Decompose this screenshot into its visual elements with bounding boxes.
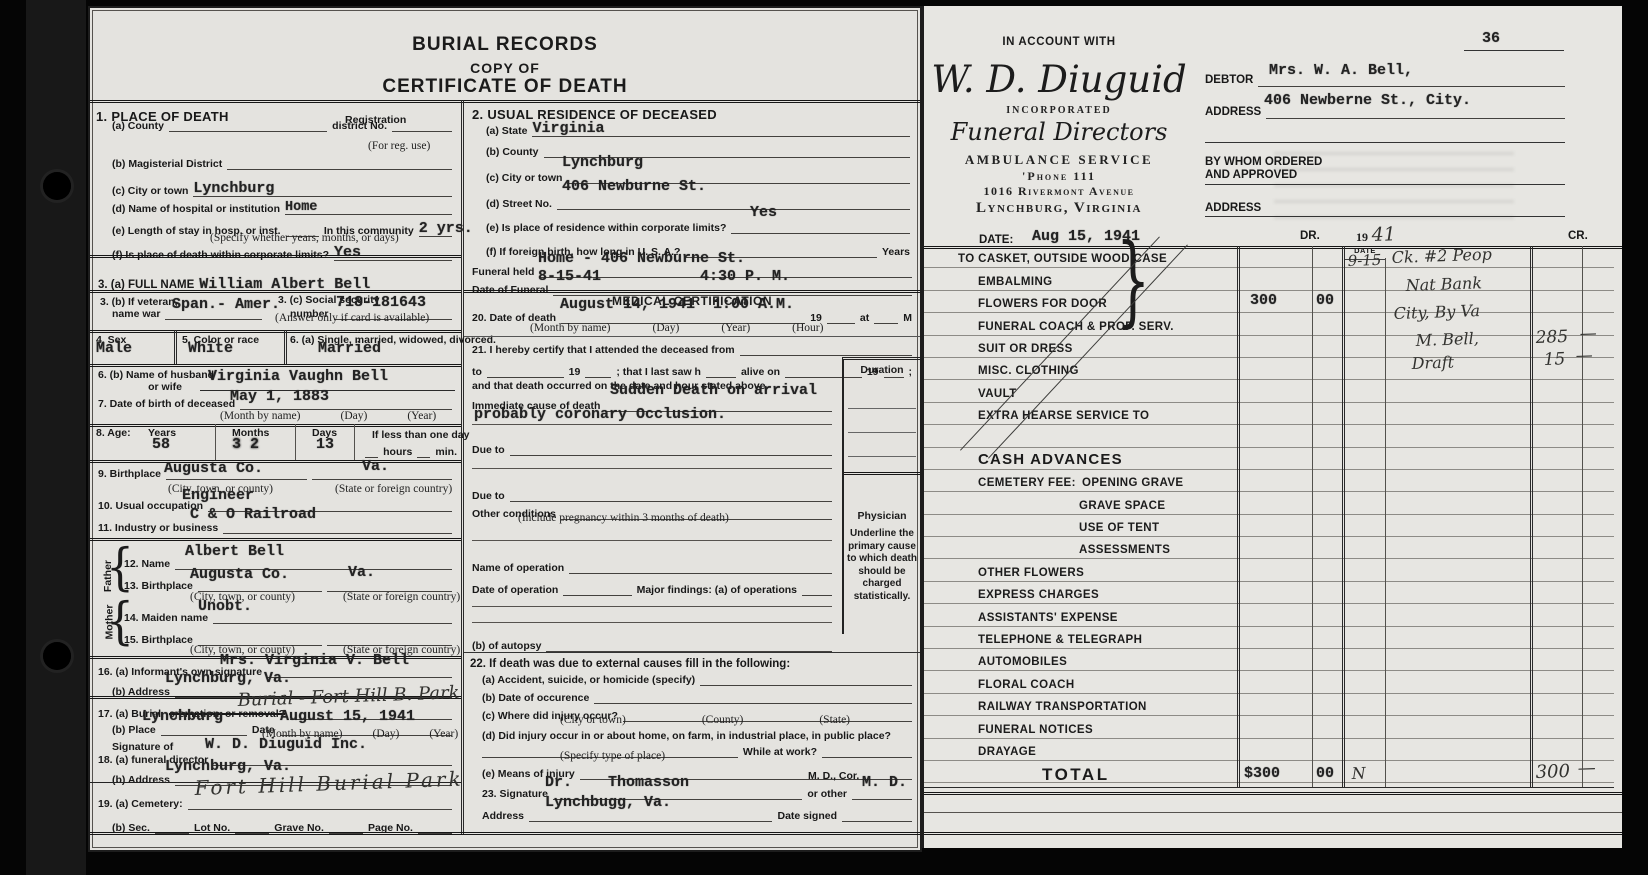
dr-label: DR. — [1300, 230, 1320, 243]
in-account-with: IN ACCOUNT WITH — [924, 36, 1194, 48]
ledger-row: TELEPHONE & TELEGRAPH — [924, 627, 1614, 649]
field-mother-name: 14. Maiden name — [124, 612, 452, 624]
res-corporate-value: Yes — [750, 204, 777, 221]
res-city-value: Lynchburg — [562, 154, 643, 171]
ledger-item-label: FUNERAL NOTICES — [978, 724, 1093, 736]
physician-note: Underline the primary cause to which dea… — [846, 528, 918, 603]
account-page: IN ACCOUNT WITH W. D. Diuguid INCORPORAT… — [922, 6, 1622, 848]
cell-divider — [284, 330, 287, 364]
stay-note: (Specify whether years, months, or days) — [210, 232, 399, 244]
ledger-item-sublabel: OPENING GRAVE — [1082, 477, 1183, 489]
field-hospital: (d) Name of hospital or institution Home — [112, 200, 452, 215]
informant-address-value: Lynchburg, Va. — [165, 670, 291, 687]
total-row: TOTAL $300 00 N 300 — — [924, 760, 1614, 788]
death-date-value: August 14, 1941 1:00 A.M. — [560, 296, 794, 313]
age-days: 13 — [316, 436, 334, 453]
field-debtor: DEBTOR — [1205, 74, 1565, 87]
cr-entry-value: 15 — [1543, 349, 1565, 370]
cell-divider — [295, 424, 296, 460]
field-magisterial: (b) Magisterial District — [112, 158, 452, 170]
binder-edge — [26, 0, 86, 875]
cell-divider — [354, 424, 355, 460]
total-cr-dash: — — [1577, 757, 1596, 779]
death-date-notes: (Month by name) (Day) (Year) (Hour) — [530, 322, 823, 334]
place-type-note: (Specify type of place) — [560, 750, 665, 762]
field-res-corporate: (e) Is place of residence within corpora… — [486, 222, 910, 234]
divider — [924, 792, 1622, 795]
industry-value: C & O Railroad — [190, 506, 316, 523]
ledger-row: ASSESSMENTS — [924, 537, 1614, 559]
punch-hole-icon — [43, 642, 71, 670]
ledger-item-label: USE OF TENT — [1079, 522, 1159, 534]
total-posted-check: N — [1351, 763, 1366, 782]
cause-value2: probably coronary Occlusion. — [474, 406, 726, 423]
funeral-directors-script: Funeral Directors — [924, 118, 1194, 146]
posting-line: Ck. #2 Peop — [1391, 245, 1492, 267]
spouse-value: Virginia Vaughn Bell — [208, 368, 388, 385]
ledger-row: EXPRESS CHARGES — [924, 582, 1614, 604]
ledger-row: CASH ADVANCES — [924, 448, 1614, 470]
field-due1: Due to — [472, 444, 832, 456]
director-label1: Signature of — [112, 741, 173, 753]
page-subtitle: COPY OF — [90, 60, 920, 76]
sex-value: Male — [96, 340, 132, 357]
underline — [472, 540, 832, 541]
scanned-burial-record: BURIAL RECORDS COPY OF CERTIFICATE OF DE… — [0, 0, 1648, 875]
field-autopsy: (b) of autopsy — [472, 640, 832, 652]
duration-physician-box: Duration Physician Underline the primary… — [842, 357, 920, 634]
certify-line1: 21. I hereby certify that I attended the… — [472, 344, 912, 356]
divider — [90, 424, 461, 427]
divider — [90, 100, 920, 103]
underline — [1464, 50, 1564, 51]
field-accident: (a) Accident, suicide, or homicide (spec… — [482, 674, 912, 686]
field-op-date: Date of operation Major findings: (a) of… — [472, 584, 832, 596]
ordered-label2: AND APPROVED — [1205, 169, 1297, 182]
ledger-item-label: DRAYAGE — [978, 746, 1036, 758]
age-months: 3 2 — [232, 436, 259, 453]
ledger-item-label: OTHER FLOWERS — [978, 567, 1084, 579]
table-bottom-rule — [924, 832, 1622, 835]
page-title: BURIAL RECORDS — [90, 34, 920, 56]
funeral-held-value: Home - 406 Newburne St. — [538, 250, 745, 267]
ssn-note: (Answer only if card is available) — [275, 312, 429, 324]
divider — [90, 255, 461, 258]
posting-date: 9-15 — [1347, 251, 1381, 270]
column-line — [1237, 246, 1240, 787]
ledger-item-label: GRAVE SPACE — [1079, 500, 1165, 512]
underline — [472, 424, 832, 425]
age-label: 8. Age: — [96, 427, 131, 439]
year-printed: 19 — [1356, 230, 1368, 245]
other-note: (Include pregnancy within 3 months of de… — [518, 512, 729, 524]
ledger-row: TO CASKET, OUTSIDE WOOD CASE — [924, 246, 1614, 268]
ledger-item-label: CASH ADVANCES — [978, 451, 1123, 468]
field-street: (d) Street No. — [486, 198, 910, 210]
total-dr-cents: 00 — [1316, 765, 1334, 782]
ledger-row: DRAYAGE — [924, 739, 1614, 761]
ledger-item-label: ASSESSMENTS — [1079, 544, 1170, 556]
ambulance-service: AMBULANCE SERVICE — [924, 152, 1194, 168]
total-cr-value: 300 — [1535, 760, 1570, 782]
cr-entry-dash: — — [1579, 323, 1597, 344]
field-signature-address: Address Date signed — [482, 810, 912, 822]
page-subtitle2: CERTIFICATE OF DEATH — [90, 76, 920, 98]
field-cemetery: 19. (a) Cemetery: — [98, 798, 452, 810]
ledger-item-label: FLORAL COACH — [978, 679, 1075, 691]
physician-label: Physician — [846, 510, 918, 522]
ssn-value: 718-181643 — [336, 294, 426, 311]
total-label: TOTAL — [1042, 765, 1110, 785]
field-injury-home: (d) Did injury occur in or about home, o… — [482, 730, 891, 742]
underline — [1205, 142, 1565, 143]
posting-line: City, By Va — [1393, 301, 1480, 323]
certificate-page: BURIAL RECORDS COPY OF CERTIFICATE OF DE… — [88, 6, 922, 852]
firm-name-script: W. D. Diuguid — [924, 58, 1194, 101]
cr-label: CR. — [1568, 230, 1588, 243]
underline — [472, 468, 832, 469]
signature-address-value: Lynchbugg, Va. — [545, 794, 671, 811]
ledger-item-label: AUTOMOBILES — [978, 656, 1067, 668]
street-line: 1016 Rivermont Avenue — [924, 184, 1194, 199]
ledger-item-label: EMBALMING — [978, 276, 1053, 288]
ordered-address-label: ADDRESS — [1205, 202, 1261, 215]
spouse-label: 6. (b) Name of husband or wife — [98, 369, 214, 393]
ledger-row: USE OF TENT — [924, 515, 1614, 537]
birthdate-notes: (Month by name) (Day) (Year) — [220, 410, 436, 422]
field-op-name: Name of operation — [472, 562, 832, 574]
cr-entry-value: 285 — [1535, 327, 1568, 348]
column-divider — [461, 100, 464, 834]
ledger-item-label: EXPRESS CHARGES — [978, 589, 1099, 601]
field-corporate-limits: (f) Is place of death within corporate l… — [112, 244, 452, 261]
column-line — [1530, 246, 1533, 787]
dr-amount: 300 — [1250, 292, 1277, 309]
field-due2: Due to — [472, 490, 832, 502]
posting-line: M. Bell, — [1415, 329, 1479, 350]
section22-title: 22. If death was due to external causes … — [470, 658, 790, 671]
field-city: (c) City or town Lynchburg — [112, 180, 452, 197]
age-years: 58 — [152, 436, 170, 453]
ledger-row: CEMETERY FEE:OPENING GRAVE — [924, 470, 1614, 492]
ledger-item-label: ASSISTANTS' EXPENSE — [978, 612, 1118, 624]
veteran-value: Span.- Amer. — [172, 296, 280, 313]
column-line — [1312, 246, 1313, 787]
director-value: W. D. Diuguid Inc. — [205, 736, 367, 753]
funeral-date-value: 8-15-41 — [538, 268, 601, 285]
ledger-row: FLORAL COACH — [924, 671, 1614, 693]
reg-note: (For reg. use) — [368, 140, 430, 152]
cr-entry-dash: — — [1575, 345, 1593, 366]
ledger-row — [924, 425, 1614, 447]
cell-divider — [215, 424, 216, 460]
city-line: Lynchburg, Virginia — [924, 200, 1194, 217]
ledger-row: OTHER FLOWERS — [924, 559, 1614, 581]
ledger-items: TO CASKET, OUTSIDE WOOD CASEEMBALMINGFLO… — [924, 246, 1614, 783]
divider — [924, 812, 1622, 813]
divider — [90, 290, 461, 293]
field-industry: 11. Industry or business — [98, 522, 452, 534]
race-value: White — [188, 340, 233, 357]
ledger-item-label: RAILWAY TRANSPORTATION — [978, 701, 1147, 713]
divider — [90, 538, 461, 541]
cause-value: Sudden Death on arrival — [610, 382, 817, 399]
birthdate-value: May 1, 1883 — [230, 388, 329, 405]
ledger-item-label: TELEPHONE & TELEGRAPH — [978, 634, 1142, 646]
ledger-row: VAULT — [924, 380, 1614, 402]
field-occurrence-date: (b) Date of occurence — [482, 692, 912, 704]
injury-where-notes: (City or town) (County) (State) — [560, 714, 850, 726]
year-handwritten: 41 — [1371, 223, 1396, 246]
ledger-row: GRAVE SPACE — [924, 492, 1614, 514]
ordered-label1: BY WHOM ORDERED — [1205, 156, 1322, 169]
dr-cents: 00 — [1316, 292, 1334, 309]
ledger-row: ASSISTANTS' EXPENSE — [924, 604, 1614, 626]
page-number: 36 — [1482, 30, 1500, 47]
field-cemetery-detail: (b) Sec. Lot No. Grave No. Page No. — [112, 822, 452, 834]
underline — [1205, 184, 1565, 185]
ledger-row: RAILWAY TRANSPORTATION — [924, 694, 1614, 716]
less-day-label: If less than one day — [372, 429, 469, 441]
ledger-row: EMBALMING — [924, 268, 1614, 290]
field-res-county: (b) County — [486, 146, 910, 158]
punch-hole-icon — [43, 172, 71, 200]
ledger-item-label: FLOWERS FOR DOOR — [978, 298, 1107, 310]
field-birthplace: 9. Birthplace — [98, 468, 452, 480]
field-while-at-work: While at work? — [482, 746, 912, 758]
divider — [90, 460, 461, 463]
underline — [472, 622, 832, 623]
ledger-item-label: EXTRA HEARSE SERVICE TO — [978, 410, 1149, 422]
ledger-row: FUNERAL COACH & PROF. SERV. — [924, 313, 1614, 335]
divider — [464, 652, 920, 653]
father-bp-state: Va. — [348, 564, 375, 581]
md-label1: M. D., Cor. — [808, 770, 859, 782]
ledger-item-label: CEMETERY FEE: — [978, 477, 1076, 489]
column-line — [1342, 246, 1345, 787]
underline — [472, 606, 832, 607]
burial-place-value: Lynchburg — [142, 708, 223, 725]
ledger-row: SUIT OR DRESS — [924, 336, 1614, 358]
phone-line: 'Phone 111 — [924, 169, 1194, 184]
posting-line: Draft — [1411, 353, 1454, 373]
divider — [90, 364, 461, 367]
burial-date-value: August 15, 1941 — [280, 708, 415, 725]
ledger-row: FUNERAL NOTICES — [924, 716, 1614, 738]
divider — [464, 290, 920, 293]
underline — [1205, 216, 1565, 217]
field-debtor-address: ADDRESS — [1205, 106, 1565, 119]
field-state: (a) State Virginia — [486, 120, 910, 137]
divider — [464, 336, 920, 337]
posting-line: Nat Bank — [1405, 273, 1482, 295]
ledger-row: AUTOMOBILES — [924, 649, 1614, 671]
street-value: 406 Newburne St. — [562, 178, 706, 195]
cell-divider — [174, 330, 177, 364]
incorporated-label: INCORPORATED — [924, 105, 1194, 116]
field-county: (a) County district No. — [112, 120, 452, 132]
total-dr-dollars: $300 — [1244, 765, 1280, 782]
funeral-time-value: 4:30 P. M. — [700, 268, 790, 285]
veteran-label: 3. (b) If veteran, — [100, 296, 178, 308]
hours-min: hours min. — [365, 446, 457, 458]
marital-value: Married — [318, 340, 381, 357]
column-line — [1385, 258, 1386, 787]
duration-label: Duration — [844, 360, 920, 376]
divider — [90, 330, 461, 333]
